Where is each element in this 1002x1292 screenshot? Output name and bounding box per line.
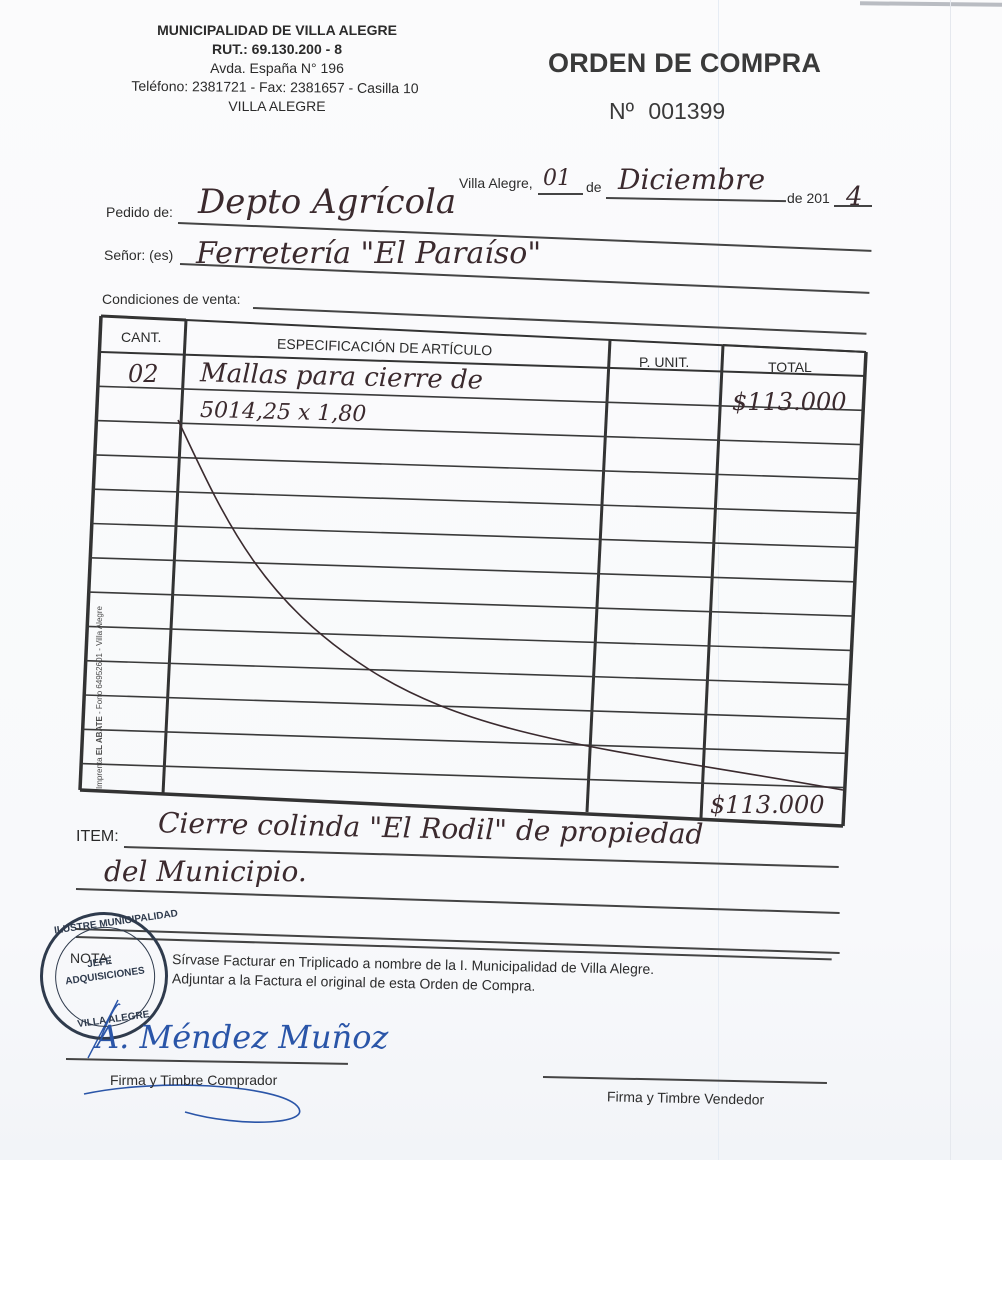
- buyer-signature[interactable]: A. Méndez Muñoz: [96, 1018, 388, 1056]
- row-spec-line2[interactable]: 5014,25 x 1,80: [200, 398, 367, 427]
- header-total: TOTAL: [768, 359, 812, 375]
- header-cant: CANT.: [121, 329, 161, 345]
- header-unit: P. UNIT.: [639, 354, 689, 370]
- item-label: ITEM:: [76, 828, 119, 846]
- buyer-signature-label: Firma y Timbre Comprador: [110, 1072, 277, 1088]
- item-line2[interactable]: del Municipio.: [104, 855, 307, 888]
- seller-signature-label: Firma y Timbre Vendedor: [607, 1088, 764, 1107]
- row-cant[interactable]: 02: [128, 360, 159, 388]
- grand-total[interactable]: $113.000: [710, 791, 825, 819]
- row-total[interactable]: $113.000: [732, 388, 847, 416]
- printer-imprint: Imprenta EL ABATE - Fono 64952601 - Vill…: [95, 606, 104, 789]
